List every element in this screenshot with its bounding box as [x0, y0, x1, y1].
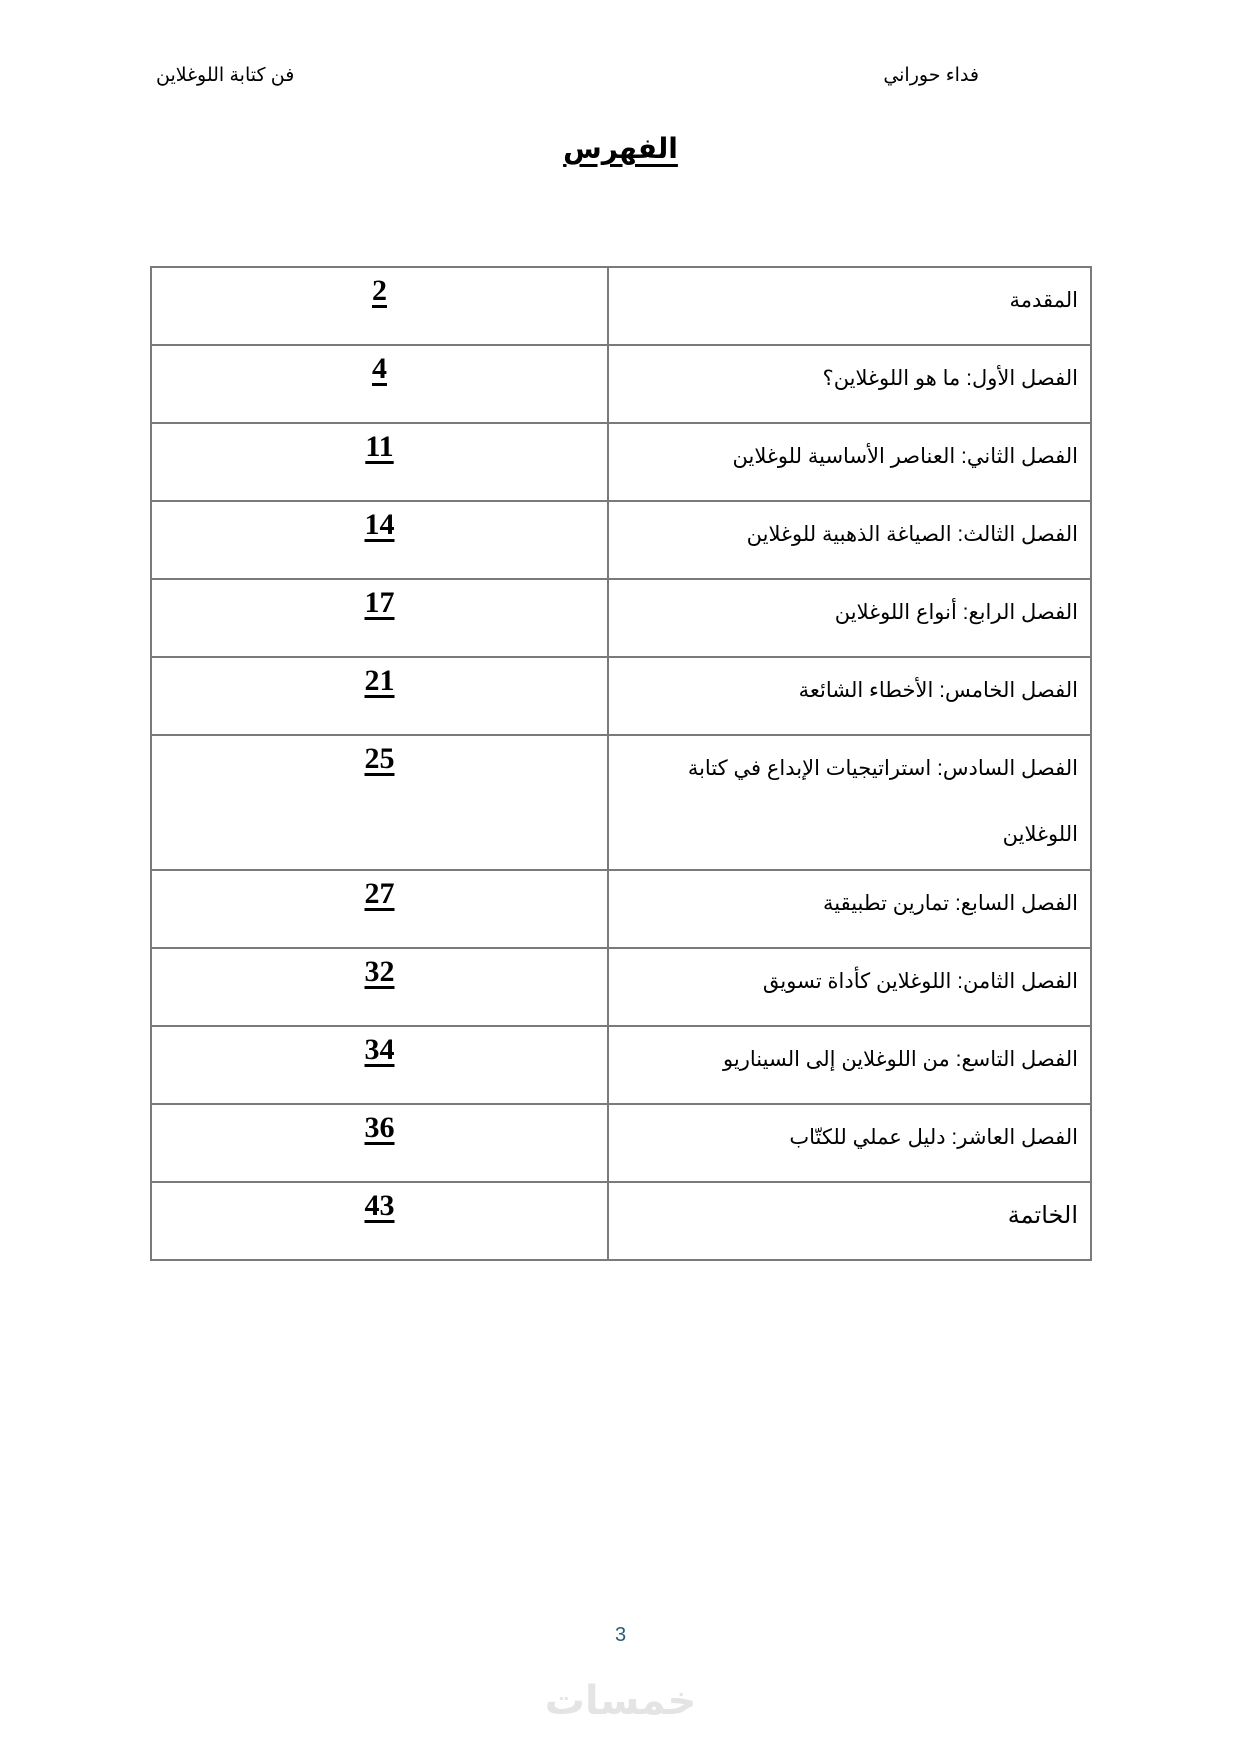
toc-chapter: المقدمة	[608, 267, 1091, 345]
table-of-contents: المقدمة 2 الفصل الأول: ما هو اللوغلاين؟ …	[150, 266, 1092, 1261]
toc-row: الفصل التاسع: من اللوغلاين إلى السيناريو…	[151, 1026, 1091, 1104]
toc-page-link[interactable]: 43	[151, 1182, 608, 1260]
toc-chapter: الفصل الرابع: أنواع اللوغلاين	[608, 579, 1091, 657]
document-page: فداء حوراني فن كتابة اللوغلاين الفهرس ال…	[0, 0, 1241, 1755]
toc-chapter: الفصل التاسع: من اللوغلاين إلى السيناريو	[608, 1026, 1091, 1104]
toc-row: الفصل الرابع: أنواع اللوغلاين 17	[151, 579, 1091, 657]
toc-chapter: الفصل السادس: استراتيجيات الإبداع في كتا…	[608, 735, 1091, 870]
watermark-logo: خمسات	[0, 1678, 1241, 1724]
header-book-title: فن كتابة اللوغلاين	[156, 64, 294, 87]
toc-page-link[interactable]: 17	[151, 579, 608, 657]
toc-chapter: الفصل الثالث: الصياغة الذهبية للوغلاين	[608, 501, 1091, 579]
toc-chapter: الفصل الثامن: اللوغلاين كأداة تسويق	[608, 948, 1091, 1026]
toc-page-link[interactable]: 25	[151, 735, 608, 870]
toc-row: الخاتمة 43	[151, 1182, 1091, 1260]
toc-row: الفصل السادس: استراتيجيات الإبداع في كتا…	[151, 735, 1091, 870]
page-number: 3	[0, 1624, 1241, 1647]
toc-page-link[interactable]: 2	[151, 267, 608, 345]
toc-page-link[interactable]: 4	[151, 345, 608, 423]
toc-row: الفصل الخامس: الأخطاء الشائعة 21	[151, 657, 1091, 735]
toc-page-link[interactable]: 14	[151, 501, 608, 579]
toc-row: الفصل العاشر: دليل عملي للكتّاب 36	[151, 1104, 1091, 1182]
toc-chapter: الخاتمة	[608, 1182, 1091, 1260]
toc-page-link[interactable]: 34	[151, 1026, 608, 1104]
toc-chapter: الفصل العاشر: دليل عملي للكتّاب	[608, 1104, 1091, 1182]
toc-row: الفصل الأول: ما هو اللوغلاين؟ 4	[151, 345, 1091, 423]
toc-page-link[interactable]: 27	[151, 870, 608, 948]
header-author: فداء حوراني	[883, 64, 979, 87]
toc-row: الفصل الثالث: الصياغة الذهبية للوغلاين 1…	[151, 501, 1091, 579]
toc-page-link[interactable]: 11	[151, 423, 608, 501]
toc-chapter: الفصل السابع: تمارين تطبيقية	[608, 870, 1091, 948]
toc-row: المقدمة 2	[151, 267, 1091, 345]
toc-chapter: الفصل الأول: ما هو اللوغلاين؟	[608, 345, 1091, 423]
toc-chapter: الفصل الخامس: الأخطاء الشائعة	[608, 657, 1091, 735]
toc-row: الفصل الثامن: اللوغلاين كأداة تسويق 32	[151, 948, 1091, 1026]
toc-page-link[interactable]: 32	[151, 948, 608, 1026]
toc-page-link[interactable]: 21	[151, 657, 608, 735]
toc-chapter: الفصل الثاني: العناصر الأساسية للوغلاين	[608, 423, 1091, 501]
toc-row: الفصل السابع: تمارين تطبيقية 27	[151, 870, 1091, 948]
toc-page-link[interactable]: 36	[151, 1104, 608, 1182]
page-title: الفهرس	[0, 132, 1241, 165]
toc-row: الفصل الثاني: العناصر الأساسية للوغلاين …	[151, 423, 1091, 501]
